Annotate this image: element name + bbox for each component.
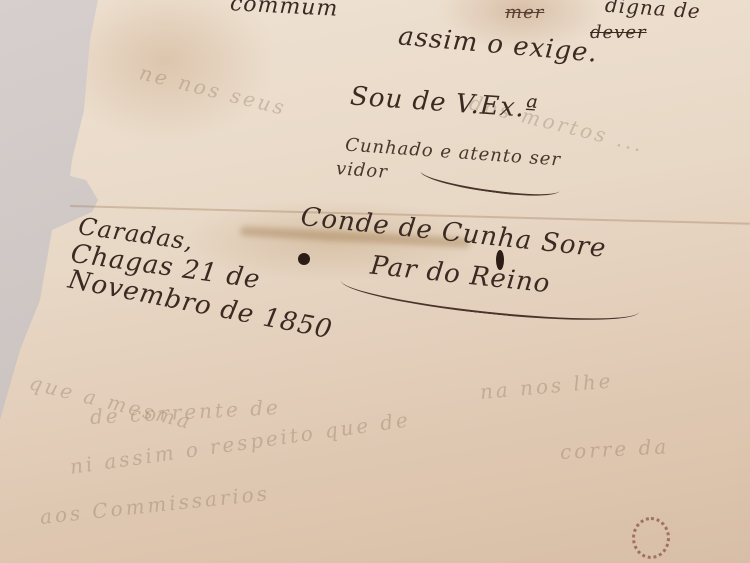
ink-blot (496, 250, 504, 270)
wax-seal-stamp-mark (632, 517, 670, 559)
valediction-line-3: vidor (335, 158, 388, 183)
ink-blot (298, 253, 310, 265)
struck-word: mer (505, 2, 544, 23)
